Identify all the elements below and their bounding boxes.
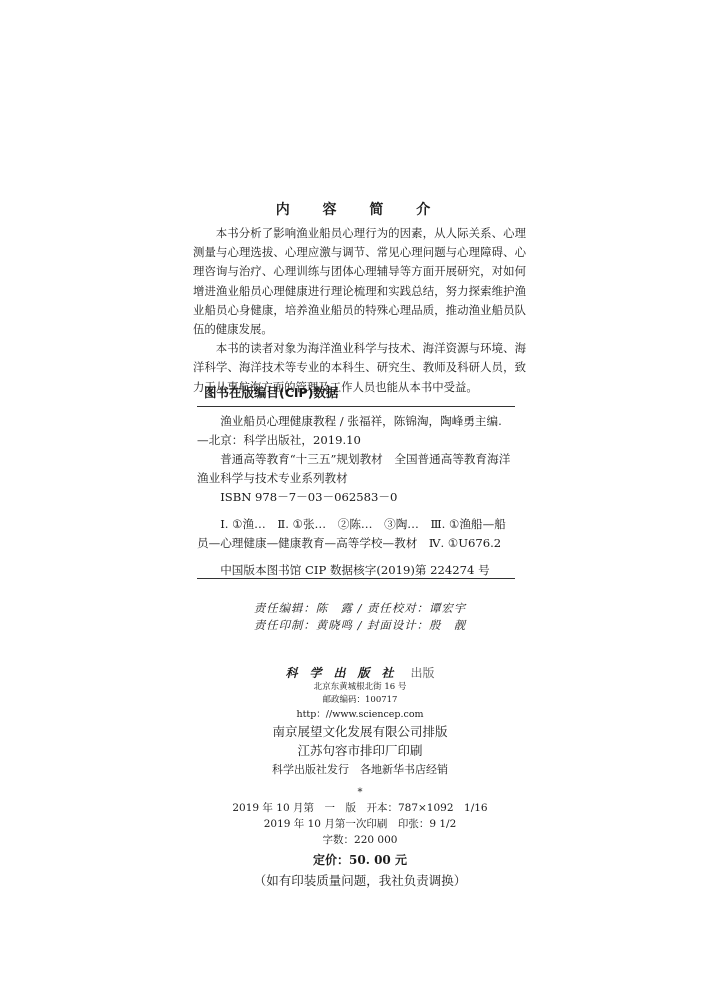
editorial-credits: 责任编辑：陈 露 / 责任校对：谭宏宇 责任印制：黄晓鸣 / 封面设计：殷 靓: [0, 600, 720, 634]
quality-note: （如有印装质量问题，我社负责调换）: [0, 870, 720, 892]
publisher-postcode: 邮政编码：100717: [0, 694, 720, 707]
intro-paragraph: 本书分析了影响渔业船员心理行为的因素，从人际关系、心理测量与心理选拔、心理应激与…: [193, 224, 526, 339]
cip-heading: 图书在版编目(CIP)数据: [204, 383, 338, 401]
publisher-logo: 科学出版社: [285, 666, 405, 680]
publisher-url: http：//www.sciencep.com: [0, 707, 720, 722]
first-printing: 2019 年 10 月第一次印刷 印张：9 1/2: [0, 816, 720, 832]
first-edition: 2019 年 10 月第 一 版 开本：787×1092 1/16: [0, 800, 720, 816]
intro-section: 本书分析了影响渔业船员心理行为的因素，从人际关系、心理测量与心理选拔、心理应激与…: [193, 224, 526, 397]
printing-block: 南京展望文化发展有限公司排版 江苏句容市排印厂印刷 科学出版社发行 各地新华书店…: [0, 722, 720, 803]
typesetter: 南京展望文化发展有限公司排版: [0, 722, 720, 741]
cip-bottom-rule: [197, 578, 515, 579]
edition-block: 2019 年 10 月第 一 版 开本：787×1092 1/16 2019 年…: [0, 800, 720, 892]
cip-isbn: ISBN 978－7－03－062583－0: [197, 488, 515, 507]
cip-entry-series: 普通高等教育“十三五”规划教材 全国普通高等教育海洋渔业科学与技术专业系列教材: [197, 450, 515, 488]
cip-top-rule: [197, 406, 515, 407]
cip-entry-title: 渔业船员心理健康教程 / 张福祥，陈锦淘，陶峰勇主编. —北京：科学出版社，20…: [197, 412, 515, 450]
publisher-block: 科学出版社 出版 北京东黄城根北街 16 号 邮政编码：100717 http：…: [0, 662, 720, 722]
cip-classification: Ⅰ. ①渔… Ⅱ. ①张… ②陈… ③陶… Ⅲ. ①渔船—船员—心理健康—健康教…: [197, 515, 515, 553]
printer: 江苏句容市排印厂印刷: [0, 741, 720, 760]
intro-title: 内 容 简 介: [0, 199, 720, 219]
credit-line: 责任编辑：陈 露 / 责任校对：谭宏宇: [0, 600, 720, 617]
publisher-address: 北京东黄城根北街 16 号: [0, 681, 720, 694]
publisher-suffix: 出版: [411, 666, 435, 680]
credit-line: 责任印制：黄晓鸣 / 封面设计：殷 靓: [0, 617, 720, 634]
price: 定价：50. 00 元: [0, 850, 720, 870]
word-count: 字数：220 000: [0, 832, 720, 848]
distribution: 科学出版社发行 各地新华书店经销: [0, 760, 720, 779]
cip-block: 渔业船员心理健康教程 / 张福祥，陈锦淘，陶峰勇主编. —北京：科学出版社，20…: [197, 412, 515, 580]
